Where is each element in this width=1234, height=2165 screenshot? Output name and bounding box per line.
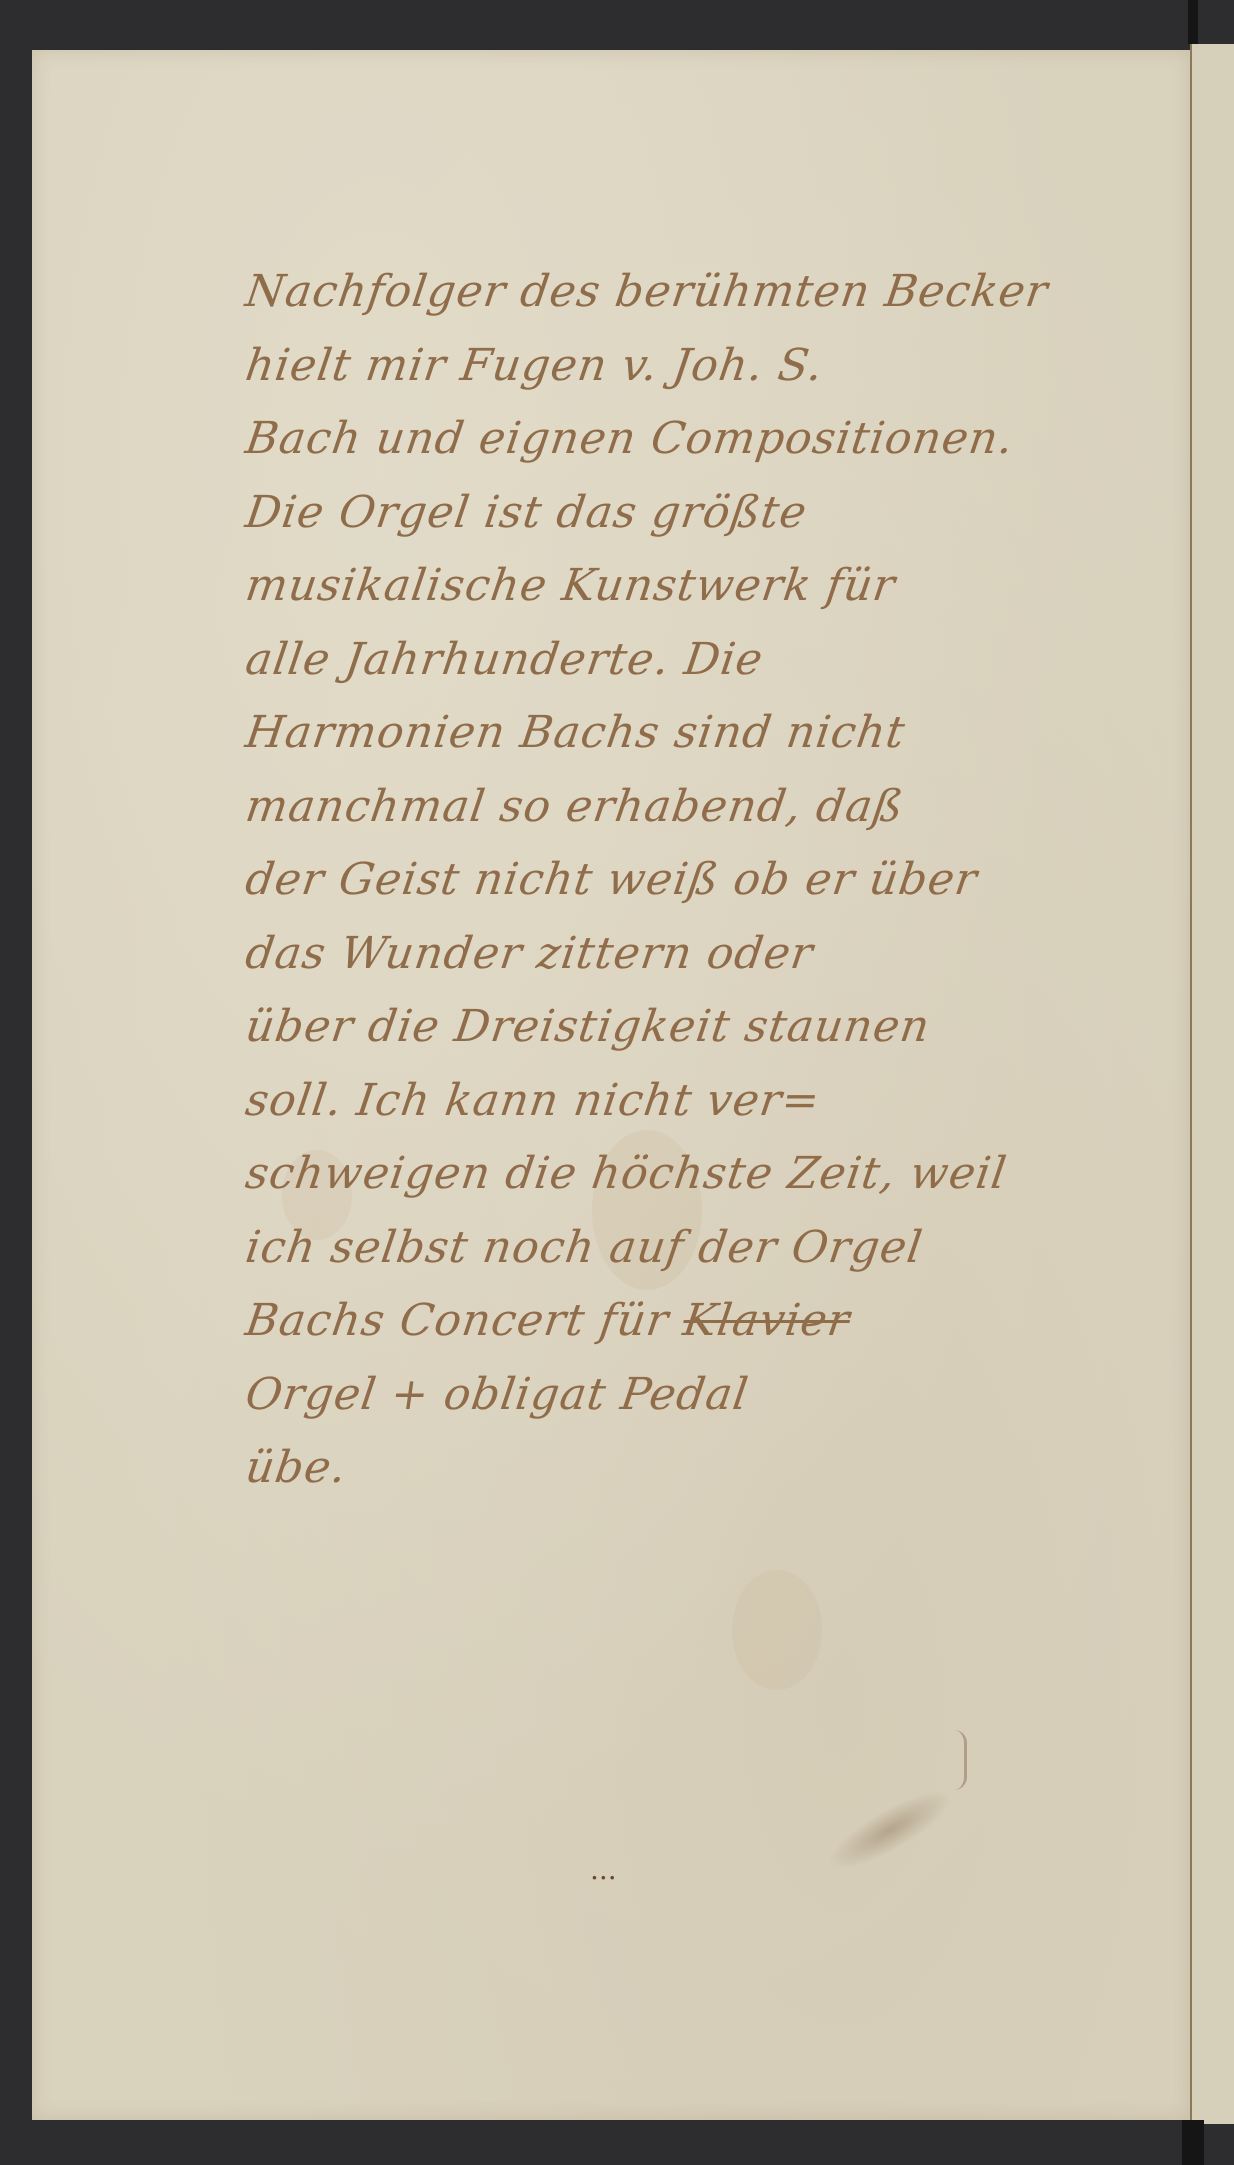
text-line: übe. — [240, 1438, 1130, 1512]
text-line: das Wunder zittern oder — [240, 924, 1130, 998]
text-line: Bach und eignen Compositionen. — [240, 409, 1130, 483]
text-line: Bachs Concert für Klavier — [240, 1291, 1130, 1365]
text-line: Harmonien Bachs sind nicht — [240, 703, 1130, 777]
ink-dots: ... — [590, 1853, 617, 1886]
text-line: soll. Ich kann nicht ver= — [240, 1071, 1130, 1145]
binding-spine-bottom — [1182, 2120, 1204, 2165]
text-line: Nachfolger des berühmten Becker — [240, 262, 1130, 336]
text-segment: Bachs Concert für — [242, 1295, 672, 1346]
handwritten-text: Nachfolger des berühmten Becker hielt mi… — [245, 262, 1125, 1512]
text-line: der Geist nicht weiß ob er über — [240, 850, 1130, 924]
text-line: manchmal so erhabend, daß — [240, 777, 1130, 851]
binding-spine-top — [1188, 0, 1198, 44]
paper-stain — [732, 1570, 822, 1690]
text-line: hielt mir Fugen v. Joh. S. — [240, 336, 1130, 410]
text-line: über die Dreistigkeit staunen — [240, 997, 1130, 1071]
adjacent-page-edge — [1190, 44, 1234, 2124]
text-line: alle Jahrhunderte. Die — [240, 630, 1130, 704]
text-line: Orgel + obligat Pedal — [240, 1365, 1130, 1439]
text-line: schweigen die höchste Zeit, weil — [240, 1144, 1130, 1218]
struck-through-word: Klavier — [680, 1295, 853, 1346]
text-line: musikalische Kunstwerk für — [240, 556, 1130, 630]
text-line: Die Orgel ist das größte — [240, 483, 1130, 557]
ink-smudge-stroke — [954, 1730, 967, 1790]
text-line: ich selbst noch auf der Orgel — [240, 1218, 1130, 1292]
